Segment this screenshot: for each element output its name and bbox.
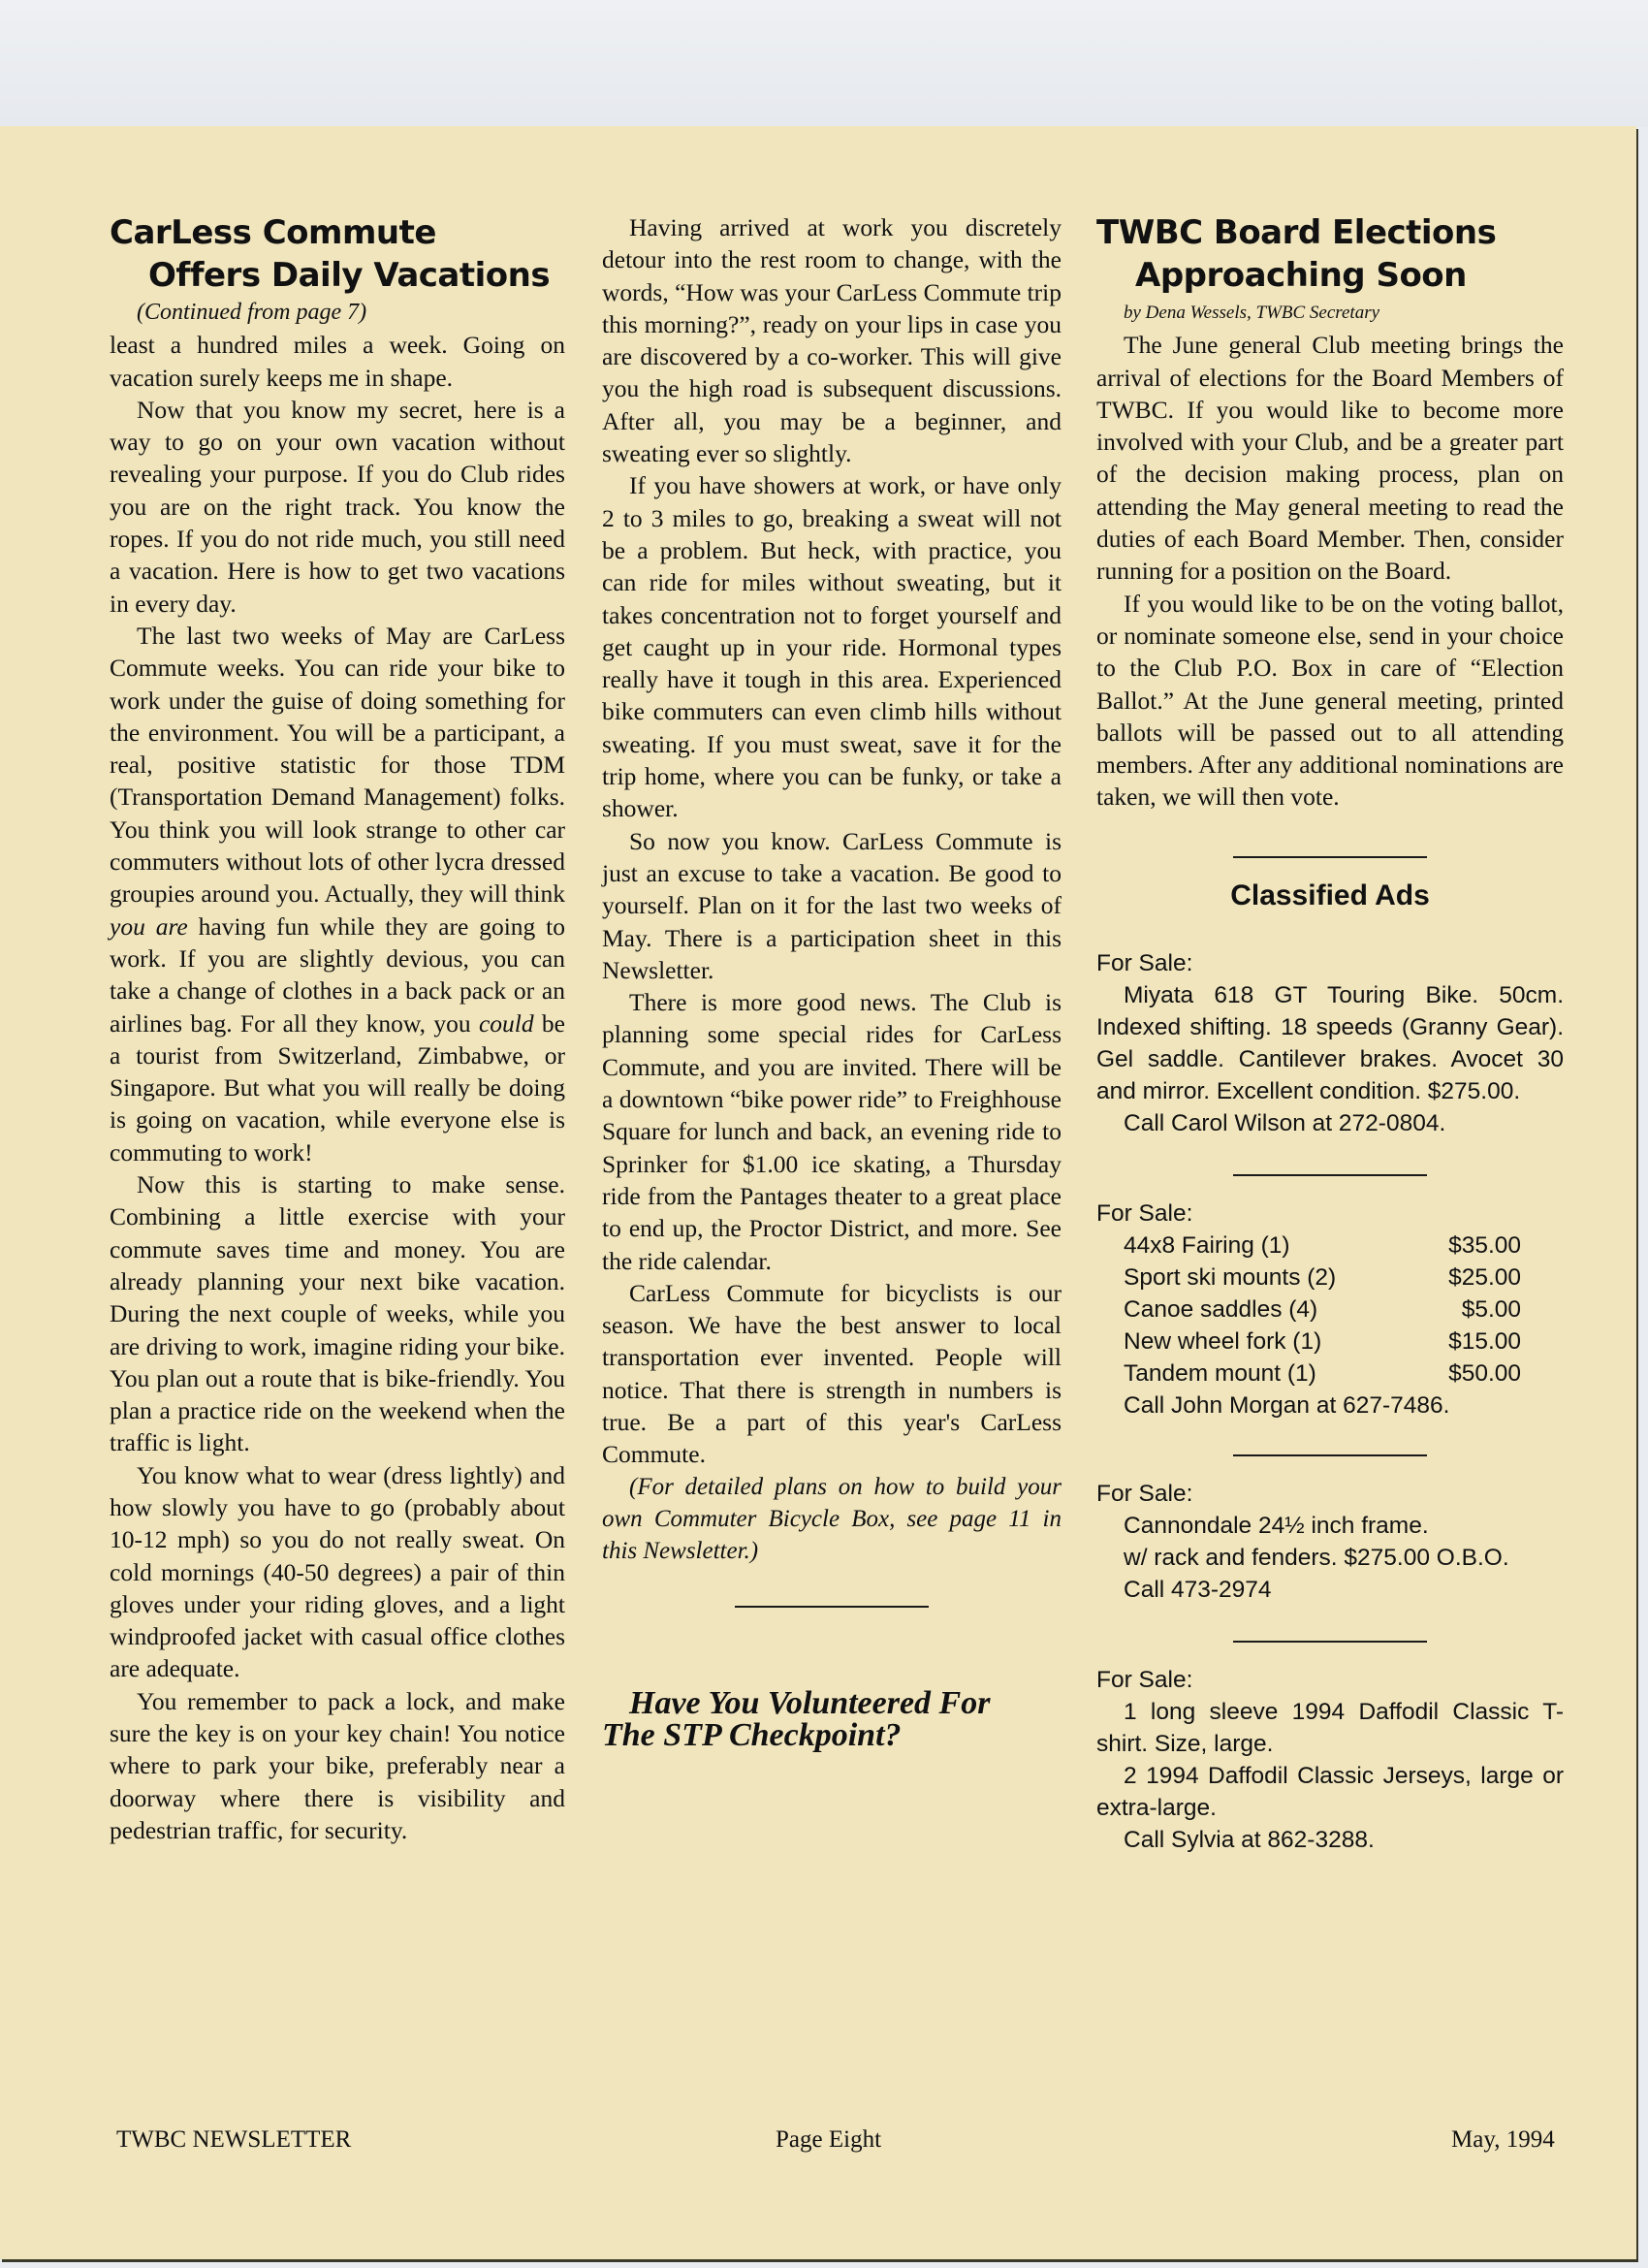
build-plans-note: (For detailed plans on how to build your… [602, 1471, 1062, 1567]
ad-contact: Call Carol Wilson at 272-0804. [1096, 1107, 1564, 1139]
emphasis: could [479, 1009, 534, 1038]
ad-text: 2 1994 Daffodil Classic Jerseys, large o… [1096, 1760, 1564, 1824]
ad-item: Tandem mount (1)$50.00 [1096, 1358, 1521, 1390]
ad-text: w/ rack and fenders. $275.00 O.B.O. [1096, 1542, 1564, 1574]
paragraph: If you have showers at work, or have onl… [602, 469, 1062, 824]
item-price: $50.00 [1414, 1358, 1521, 1390]
item-name: Canoe saddles (4) [1124, 1294, 1414, 1326]
footer-publication: TWBC NEWSLETTER [116, 2126, 351, 2154]
item-price: $15.00 [1414, 1326, 1521, 1358]
column-left: CarLess Commute Offers Daily Vacations (… [110, 211, 565, 1846]
article-title-line2: Offers Daily Vacations [110, 254, 565, 297]
classified-ads-title: Classified Ads [1096, 885, 1564, 907]
footer-page-number: Page Eight [776, 2126, 881, 2154]
paragraph: You know what to wear (dress lightly) an… [110, 1459, 565, 1685]
ad-text: 1 long sleeve 1994 Daffodil Classic T-sh… [1096, 1696, 1564, 1760]
item-name: New wheel fork (1) [1124, 1326, 1414, 1358]
byline: by Dena Wessels, TWBC Secretary [1096, 297, 1564, 329]
paragraph: The June general Club meeting brings the… [1096, 329, 1564, 587]
emphasis: you are [110, 912, 188, 941]
scanner-background [0, 0, 1648, 127]
ad-contact: Call Sylvia at 862-3288. [1096, 1824, 1564, 1856]
ad-contact: Call 473-2974 [1096, 1574, 1564, 1606]
item-price: $25.00 [1414, 1262, 1521, 1294]
column-right: TWBC Board Elections Approaching Soon by… [1096, 211, 1564, 1856]
callout-line2: The STP Checkpoint? [602, 1717, 902, 1753]
continued-note: (Continued from page 7) [110, 297, 565, 329]
paragraph: The last two weeks of May are CarLess Co… [110, 620, 565, 1168]
item-price: $35.00 [1414, 1230, 1521, 1262]
ad-text: Cannondale 24½ inch frame. [1096, 1510, 1564, 1542]
paragraph: Now that you know my secret, here is a w… [110, 394, 565, 620]
ad-label: For Sale: [1096, 1664, 1564, 1696]
footer-date: May, 1994 [1451, 2126, 1555, 2154]
ad-contact: Call John Morgan at 627-7486. [1096, 1390, 1564, 1421]
paragraph: least a hundred miles a week. Going on v… [110, 329, 565, 394]
ad-item: Canoe saddles (4)$5.00 [1096, 1294, 1521, 1326]
article-title: CarLess Commute Offers Daily Vacations [110, 211, 565, 297]
article-title-line1: CarLess Commute [110, 213, 436, 252]
item-name: Sport ski mounts (2) [1124, 1262, 1414, 1294]
classified-ad: For Sale: 1 long sleeve 1994 Daffodil Cl… [1096, 1664, 1564, 1856]
paragraph: There is more good news. The Club is pla… [602, 986, 1062, 1277]
paragraph: Having arrived at work you discretely de… [602, 211, 1062, 469]
paragraph-text: The last two weeks of May are CarLess Co… [110, 622, 565, 908]
paragraph: CarLess Commute for bicyclists is our se… [602, 1277, 1062, 1471]
paragraph: Now this is starting to make sense. Comb… [110, 1168, 565, 1459]
ad-label: For Sale: [1096, 947, 1564, 979]
paragraph: So now you know. CarLess Commute is just… [602, 825, 1062, 986]
stp-callout: Have You Volunteered For The STP Checkpo… [602, 1687, 1062, 1752]
paragraph: You remember to pack a lock, and make su… [110, 1685, 565, 1846]
ad-item: Sport ski mounts (2)$25.00 [1096, 1262, 1521, 1294]
item-price: $5.00 [1414, 1294, 1521, 1326]
item-name: 44x8 Fairing (1) [1124, 1230, 1414, 1262]
classified-ad: For Sale: Miyata 618 GT Touring Bike. 50… [1096, 947, 1564, 1139]
elections-title-line1: TWBC Board Elections [1096, 213, 1496, 252]
paragraph: If you would like to be on the voting ba… [1096, 588, 1564, 814]
item-name: Tandem mount (1) [1124, 1358, 1414, 1390]
ad-item: 44x8 Fairing (1)$35.00 [1096, 1230, 1521, 1262]
ad-text: Miyata 618 GT Touring Bike. 50cm. Indexe… [1096, 979, 1564, 1107]
callout-line1: Have You Volunteered For [629, 1685, 990, 1721]
ad-item: New wheel fork (1)$15.00 [1096, 1326, 1521, 1358]
classified-ad: For Sale: 44x8 Fairing (1)$35.00 Sport s… [1096, 1198, 1564, 1421]
ad-label: For Sale: [1096, 1478, 1564, 1510]
column-middle: Having arrived at work you discretely de… [602, 211, 1062, 1751]
elections-title-line2: Approaching Soon [1096, 254, 1564, 297]
elections-title: TWBC Board Elections Approaching Soon [1096, 211, 1564, 297]
ad-label: For Sale: [1096, 1198, 1564, 1230]
classified-ad: For Sale: Cannondale 24½ inch frame. w/ … [1096, 1478, 1564, 1606]
